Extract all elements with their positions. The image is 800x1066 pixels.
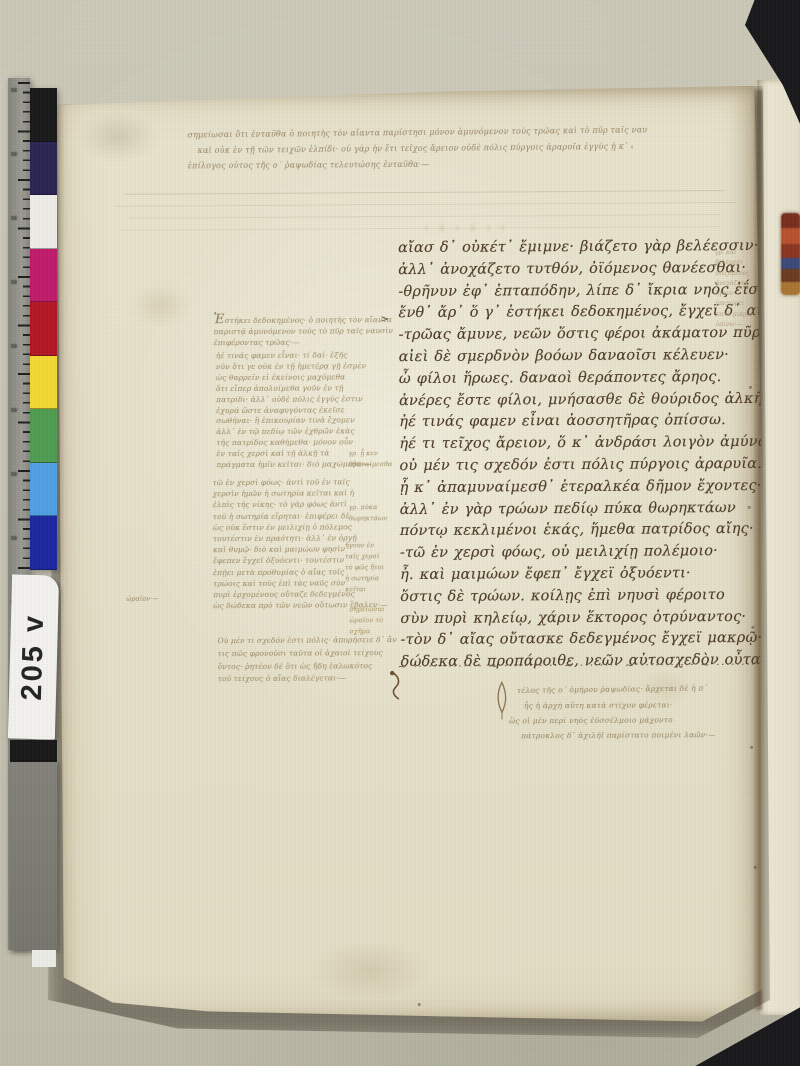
scholion-block: Οὐ μέν τι σχεδόν ἐστι πόλις· ἀπορήσειε δ… <box>217 634 387 686</box>
gutter-gloss: γρ. πύκαθωρηκτάων <box>349 502 388 524</box>
pricking-hole <box>748 506 751 509</box>
scholion-line: Ἑστήκει δεδοκημένος· ὁ ποιητὴς τὸν αἴαντ… <box>214 314 374 327</box>
scholion-line: τις πῶς φρονοῦσι ταῦτα οἱ ἀχαιοὶ τείχους <box>218 647 388 661</box>
poem-line: -τὸν δ᾽ αἴας οὔτασκε δεδεγμένος ἔγχεϊ μα… <box>400 628 730 652</box>
gloss-line: ὡραῖον τὸ <box>349 615 384 626</box>
subscription-line: πάτροκλος δ᾽ ἀχιλῆϊ παρίστατο ποιμένι λα… <box>521 730 716 740</box>
folio-number-slip: 205 v <box>8 574 59 739</box>
scholion-line: τοῦ τείχους ὁ αἴας διαλέγεται·— <box>218 673 388 687</box>
poem-line: ἀλλ᾽ ἐν γὰρ τρώων πεδίῳ πύκα θωρηκτάων <box>400 498 730 522</box>
scholion-block: Ἑστήκει δεδοκημένος· ὁ ποιητὴς τὸν αἴαντ… <box>214 314 374 349</box>
gloss-line: κεῖται <box>345 584 384 595</box>
margin-note: ὡραῖον·— <box>126 595 159 603</box>
color-patch <box>30 516 57 570</box>
color-calibration-bar <box>30 88 57 570</box>
poem-line: ἠέ τι τεῖχος ἄρειον, ὅ κ᾽ ἀνδράσι λοιγὸν… <box>399 432 729 456</box>
gutter-gloss: σημείωσαιὡραῖον τὸσχῆμα <box>349 604 384 637</box>
poem-line: -τῶ ἐν χερσὶ φόως, οὐ μειλιχίῃ πολέμοιο· <box>400 541 730 565</box>
subscription-line: τέλος τῆς ο΄ ὁμήρου ῥαψωδίας· ἄρχεται δὲ… <box>517 684 708 695</box>
manuscript-photo: σημείωσαι ὅτι ἐνταῦθα ὁ ποιητὴς τὸν αἴαν… <box>0 0 800 1066</box>
gloss-line: γρ. ᾗ κεν <box>348 448 392 459</box>
poem-line: αἰεὶ δὲ σμερδνὸν βοόων δαναοῖσι κέλευεν· <box>399 345 729 369</box>
scholion-line: χερσὶν ἡμῶν ἡ σωτηρία κεῖται καὶ ἡ <box>213 487 378 499</box>
ink-offset-smudge: ι λ ι λ ι ι <box>425 223 509 234</box>
scholion-line: ἐπιφέροντας τρῶας·— <box>214 337 374 349</box>
ruling-line <box>130 214 720 219</box>
poem-line: ἦ. καὶ μαιμώων ἔφεπ᾽ ἔγχεϊ ὀξυόεντι· <box>400 563 730 587</box>
subscription-line: ὣς οἱ μὲν περὶ νηὸς ἐϋσσέλμοιο μάχοντο <box>509 715 673 725</box>
gutter-crease <box>752 90 762 1010</box>
scholion-line: νῦν ὅτι γε οὐκ ἐν τῇ ἡμετέρᾳ γῇ ἐσμὲν <box>216 361 376 373</box>
color-patch <box>30 195 57 249</box>
color-patch <box>30 302 57 356</box>
poem-line: ἔνθ᾽ ἄρ᾽ ὅ γ᾽ ἑστήκει δεδοκημένος, ἔγχεϊ… <box>398 301 728 325</box>
ruling-line <box>125 190 725 195</box>
calibration-black-band <box>10 740 57 762</box>
poem-line: σὺν πυρὶ κηλείῳ, χάριν ἕκτορος ὀτρύναντο… <box>400 607 730 631</box>
poem-line: αἴασ δ᾽ οὐκέτ᾽ ἔμιμνε· βιάζετο γὰρ βελέε… <box>398 236 728 260</box>
color-patch <box>30 463 57 517</box>
top-annotation-line: σημείωσαι ὅτι ἐνταῦθα ὁ ποιητὴς τὸν αἴαν… <box>187 125 647 139</box>
gloss-line: ταῖς χερσὶ <box>345 551 384 562</box>
parchment-page: σημείωσαι ὅτι ἐνταῦθα ὁ ποιητὴς τὸν αἴαν… <box>54 86 766 1029</box>
scholion-line: πατρίδι· ἀλλ᾽ οὐδὲ πόλις ἐγγύς ἐστιν <box>216 394 376 406</box>
main-text-block: αἴασ δ᾽ οὐκέτ᾽ ἔμιμνε· βιάζετο γὰρ βελέε… <box>398 236 731 674</box>
gloss-line: θωρηκτάων <box>349 513 388 524</box>
color-patch <box>30 409 57 463</box>
end-ornament-line: ~ ·············· ~ ··········· ~ ·······… <box>398 658 756 673</box>
gloss-line: ἡ σωτηρία <box>345 573 384 584</box>
coronis-flourish <box>388 671 404 703</box>
poem-line: -θρῆνυν ἐφ᾽ ἑπταπόδην, λίπε δ᾽ ἴκρια νηὸ… <box>398 280 728 304</box>
illumination-fragment <box>781 213 800 295</box>
gutter-gloss: ἤγουν ἐνταῖς χερσὶτὸ φῶς ἤτοιἡ σωτηρίακε… <box>345 540 384 595</box>
gloss-line: τὸ φῶς ἤτοι <box>345 562 384 573</box>
calibration-gray-band <box>10 762 57 950</box>
poem-line: ἀλλ᾽ ἀνοχάζετο τυτθόν, ὀϊόμενος θανέεσθα… <box>398 258 728 282</box>
color-patch <box>30 88 57 142</box>
scholion-line: ὄντος· ῥητέον δὲ ὅτι ὡς ἤδη ἑαλωκότος <box>218 660 388 674</box>
gloss-line: ἀμυναίμεσθα <box>348 459 392 470</box>
poem-line: ἀνέρες ἔστε φίλοι, μνήσασθε δὲ θούριδος … <box>399 389 729 413</box>
gloss-line: γρ. πύκα <box>349 502 388 513</box>
top-annotation-line: καὶ οὐκ ἐν τῇ τῶν τειχῶν ἐλπίδι· οὐ γὰρ … <box>197 142 632 155</box>
calibration-white-stub <box>32 950 56 967</box>
gloss-line: ἤγουν ἐν <box>345 540 384 551</box>
ruling-line <box>115 202 735 207</box>
poem-line: πόντῳ κεκλιμένοι ἑκάς, ἥμεθα πατρίδος αἴ… <box>400 519 730 543</box>
scholion-line: παριστᾷ ἀμυνόμενον τοὺς τὸ πῦρ ταῖς ναυσ… <box>214 326 374 338</box>
wormhole <box>418 1003 421 1006</box>
poem-line: ὅστις δὲ τρώων. κοίλῃς ἐπὶ νηυσὶ φέροιτο <box>400 585 730 609</box>
top-annotation-line: ἐπίλογος οὗτος τῆς ο΄ ῥαψωδίας τελευτώση… <box>188 160 458 171</box>
gutter-gloss: γρ. ᾗ κενἀμυναίμεσθα <box>348 448 392 470</box>
folio-number-label: 205 v <box>16 613 51 701</box>
subscription-line: ἧς ἡ ἀρχὴ αὕτη κατὰ στίχον φέρεται· <box>524 700 673 710</box>
poem-line: ἠέ τινάς φαμεν εἶναι ἀοσσητῆρας ὀπίσσω. <box>399 410 729 434</box>
gloss-line: σημείωσαι <box>349 604 384 615</box>
teardrop-mark <box>494 681 510 721</box>
poem-line: ὦ φίλοι ἥρωες. δαναοὶ θεράποντες ἄρηος. <box>399 367 729 391</box>
ruling-line <box>120 226 720 231</box>
poem-line: -τρῶας ἄμυνε, νεῶν ὅστις φέροι ἀκάματον … <box>399 323 729 347</box>
poem-line: οὐ μέν τις σχεδόν ἐστι πόλις πύργοις ἀρα… <box>399 454 729 478</box>
color-patch <box>30 142 57 196</box>
poem-line: ᾗ κ᾽ ἀπαμυναίμεσθ᾽ ἑτεραλκέα δῆμον ἔχοντ… <box>400 476 730 500</box>
pricking-hole <box>745 286 748 289</box>
color-patch <box>30 249 57 303</box>
gloss-line: σχῆμα <box>349 626 384 637</box>
color-patch <box>30 356 57 410</box>
